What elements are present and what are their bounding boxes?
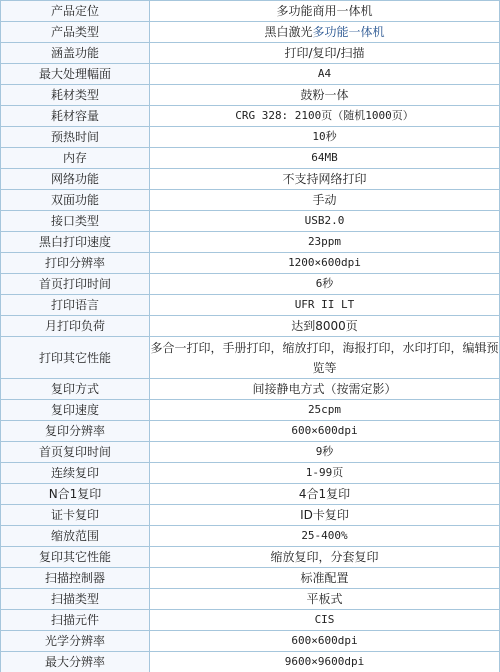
spec-key: 月打印负荷 [1,316,150,337]
spec-row: 最大处理幅面A4 [1,64,500,85]
spec-row: N合1复印4合1复印 [1,484,500,505]
spec-key: 光学分辨率 [1,631,150,652]
spec-key: 打印语言 [1,295,150,316]
spec-key: 扫描控制器 [1,568,150,589]
spec-key: 最大分辨率 [1,652,150,672]
spec-value: 4合1复印 [150,484,500,505]
spec-value: 1200×600dpi [150,253,500,274]
spec-key: 最大处理幅面 [1,64,150,85]
spec-row: 涵盖功能打印/复印/扫描 [1,43,500,64]
spec-key: 连续复印 [1,463,150,484]
spec-row: 网络功能不支持网络打印 [1,169,500,190]
spec-value: 10秒 [150,127,500,148]
spec-row: 首页复印时间9秒 [1,442,500,463]
spec-value: 25-400% [150,526,500,547]
spec-row: 缩放范围25-400% [1,526,500,547]
spec-key: 首页打印时间 [1,274,150,295]
spec-row: 首页打印时间6秒 [1,274,500,295]
spec-key: 接口类型 [1,211,150,232]
spec-value: A4 [150,64,500,85]
spec-key: 内存 [1,148,150,169]
spec-key: 复印方式 [1,379,150,400]
spec-key: 预热时间 [1,127,150,148]
spec-row: 扫描元件CIS [1,610,500,631]
spec-key: 复印分辨率 [1,421,150,442]
spec-row-product-type: 产品类型黑白激光多功能一体机 [1,22,500,43]
spec-row: 复印方式间接静电方式（按需定影） [1,379,500,400]
spec-row: 预热时间10秒 [1,127,500,148]
spec-row: 黑白打印速度23ppm [1,232,500,253]
spec-key: 耗材容量 [1,106,150,127]
spec-table: 产品定位多功能商用一体机 产品类型黑白激光多功能一体机 涵盖功能打印/复印/扫描… [0,0,500,672]
spec-row: 复印其它性能缩放复印，分套复印 [1,547,500,568]
spec-value: 9秒 [150,442,500,463]
spec-key: 双面功能 [1,190,150,211]
spec-row: 打印语言UFR II LT [1,295,500,316]
spec-key: 首页复印时间 [1,442,150,463]
spec-row: 光学分辨率600×600dpi [1,631,500,652]
spec-key: 复印其它性能 [1,547,150,568]
spec-row: 耗材类型鼓粉一体 [1,85,500,106]
spec-row: 接口类型USB2.0 [1,211,500,232]
spec-row: 双面功能手动 [1,190,500,211]
spec-row: 最大分辨率9600×9600dpi [1,652,500,672]
spec-value: 6秒 [150,274,500,295]
product-type-prefix: 黑白激光 [264,25,312,39]
product-type-link[interactable]: 多功能一体机 [313,25,385,39]
spec-value: 平板式 [150,589,500,610]
spec-value: 23ppm [150,232,500,253]
spec-key: 扫描类型 [1,589,150,610]
spec-value: CRG 328: 2100页（随机1000页） [150,106,500,127]
spec-key: 复印速度 [1,400,150,421]
spec-value: CIS [150,610,500,631]
spec-value: 手动 [150,190,500,211]
spec-key: 网络功能 [1,169,150,190]
spec-key: 产品类型 [1,22,150,43]
spec-value: UFR II LT [150,295,500,316]
spec-key: N合1复印 [1,484,150,505]
spec-key: 打印其它性能 [1,337,150,379]
spec-value: 达到8000页 [150,316,500,337]
spec-value: 鼓粉一体 [150,85,500,106]
spec-row: 打印分辨率1200×600dpi [1,253,500,274]
spec-value: 多合一打印，手册打印，缩放打印，海报打印，水印打印，编辑预览等 [150,337,500,379]
spec-row: 打印其它性能多合一打印，手册打印，缩放打印，海报打印，水印打印，编辑预览等 [1,337,500,379]
spec-key: 产品定位 [1,1,150,22]
spec-row-product-positioning: 产品定位多功能商用一体机 [1,1,500,22]
spec-row: 复印分辨率600×600dpi [1,421,500,442]
spec-value: USB2.0 [150,211,500,232]
spec-value: 标准配置 [150,568,500,589]
spec-row: 内存64MB [1,148,500,169]
spec-value: 黑白激光多功能一体机 [150,22,500,43]
spec-value: 64MB [150,148,500,169]
spec-value: 1-99页 [150,463,500,484]
spec-value: ID卡复印 [150,505,500,526]
spec-value: 600×600dpi [150,631,500,652]
spec-key: 打印分辨率 [1,253,150,274]
spec-key: 黑白打印速度 [1,232,150,253]
spec-key: 扫描元件 [1,610,150,631]
spec-key: 涵盖功能 [1,43,150,64]
spec-value: 打印/复印/扫描 [150,43,500,64]
spec-value: 间接静电方式（按需定影） [150,379,500,400]
spec-row: 扫描控制器标准配置 [1,568,500,589]
spec-value: 9600×9600dpi [150,652,500,672]
spec-value: 25cpm [150,400,500,421]
spec-value: 600×600dpi [150,421,500,442]
spec-row: 扫描类型平板式 [1,589,500,610]
spec-key: 证卡复印 [1,505,150,526]
spec-value: 不支持网络打印 [150,169,500,190]
spec-key: 耗材类型 [1,85,150,106]
spec-row: 耗材容量CRG 328: 2100页（随机1000页） [1,106,500,127]
spec-row: 月打印负荷达到8000页 [1,316,500,337]
spec-key: 缩放范围 [1,526,150,547]
spec-row: 复印速度25cpm [1,400,500,421]
spec-value: 多功能商用一体机 [150,1,500,22]
spec-row: 连续复印1-99页 [1,463,500,484]
spec-value: 缩放复印，分套复印 [150,547,500,568]
spec-row: 证卡复印ID卡复印 [1,505,500,526]
